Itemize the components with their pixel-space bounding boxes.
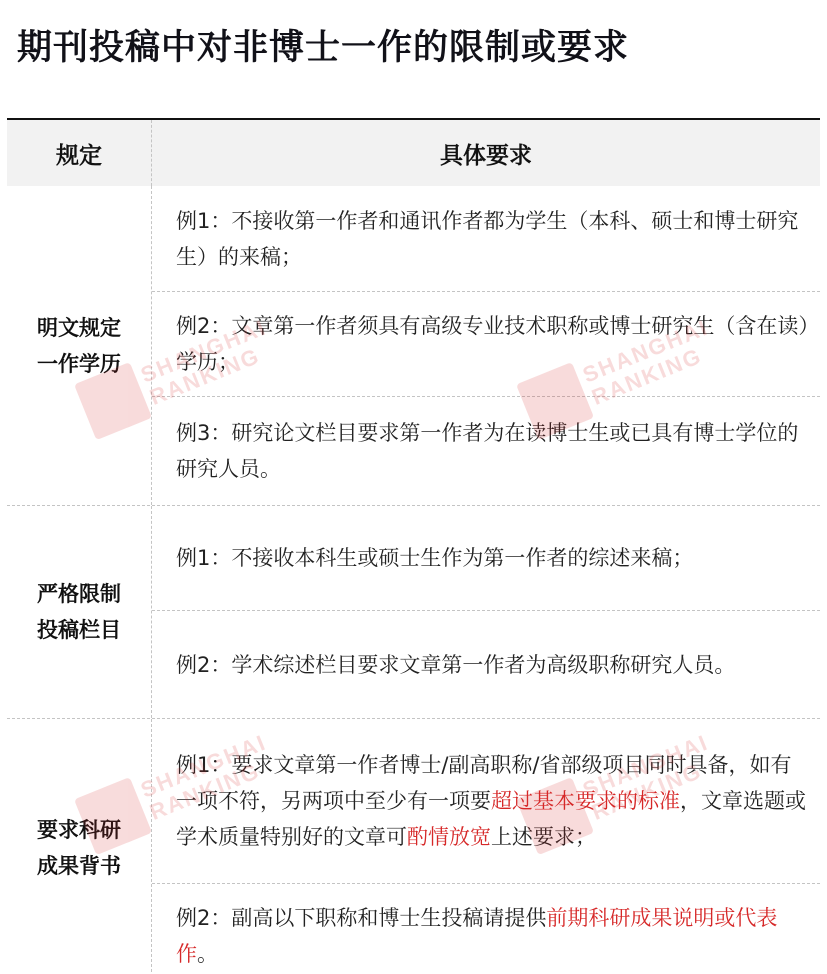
group-label: 严格限制投稿栏目 <box>7 506 152 718</box>
group-label: 明文规定一作学历 <box>7 186 152 505</box>
row-text: 例1：要求文章第一作者博士/副高职称/省部级项目同时具备，如有一项不符，另两项中… <box>176 747 812 855</box>
header-requirements: 具体要求 <box>152 120 820 186</box>
row-text: 例2：副高以下职称和博士生投稿请提供前期科研成果说明或代表作。 <box>176 900 812 972</box>
table-row: 例2：文章第一作者须具有高级专业技术职称或博士研究生（含在读）学历； <box>152 292 820 397</box>
label-line: 投稿栏目 <box>37 618 121 642</box>
highlight-text: 超过基本要求的标准 <box>491 789 680 813</box>
table-row: 例1：不接收第一作者和通讯作者都为学生（本科、硕士和博士研究生）的来稿； <box>152 186 820 292</box>
label-line: 明文规定 <box>37 316 121 340</box>
row-text: 例1：不接收第一作者和通讯作者都为学生（本科、硕士和博士研究生）的来稿； <box>176 203 812 275</box>
row-text: 例2：文章第一作者须具有高级专业技术职称或博士研究生（含在读）学历； <box>176 308 812 380</box>
table-row: 例1：要求文章第一作者博士/副高职称/省部级项目同时具备，如有一项不符，另两项中… <box>152 719 820 884</box>
group-items: 例1：不接收第一作者和通讯作者都为学生（本科、硕士和博士研究生）的来稿； 例2：… <box>152 186 820 505</box>
table-row: 例2：副高以下职称和博士生投稿请提供前期科研成果说明或代表作。 <box>152 884 820 974</box>
group-label: 要求科研成果背书 <box>7 719 152 974</box>
table-row: 例3：研究论文栏目要求第一作者为在读博士生或已具有博士学位的研究人员。 <box>152 397 820 505</box>
row-text: 例1：不接收本科生或硕士生作为第一作者的综述来稿； <box>176 540 693 576</box>
table-header: 规定 具体要求 <box>7 120 820 186</box>
table-group-research: 要求科研成果背书 例1：要求文章第一作者博士/副高职称/省部级项目同时具备，如有… <box>7 719 820 974</box>
text-segment: 例2：副高以下职称和博士生投稿请提供 <box>176 906 546 930</box>
label-line: 严格限制 <box>37 582 121 606</box>
text-segment: 上述要求； <box>491 825 596 849</box>
row-text: 例2：学术综述栏目要求文章第一作者为高级职称研究人员。 <box>176 647 735 683</box>
text-segment: 。 <box>197 942 218 966</box>
row-text: 例3：研究论文栏目要求第一作者为在读博士生或已具有博士学位的研究人员。 <box>176 415 812 487</box>
table-row: 例1：不接收本科生或硕士生作为第一作者的综述来稿； <box>152 506 820 611</box>
requirements-table: 规定 具体要求 明文规定一作学历 例1：不接收第一作者和通讯作者都为学生（本科、… <box>7 118 820 974</box>
page-title: 期刊投稿中对非博士一作的限制或要求 <box>17 22 629 74</box>
label-line: 成果背书 <box>37 854 121 878</box>
header-rule: 规定 <box>7 120 152 186</box>
table-group-columns: 严格限制投稿栏目 例1：不接收本科生或硕士生作为第一作者的综述来稿； 例2：学术… <box>7 506 820 719</box>
group-items: 例1：要求文章第一作者博士/副高职称/省部级项目同时具备，如有一项不符，另两项中… <box>152 719 820 974</box>
table-group-education: 明文规定一作学历 例1：不接收第一作者和通讯作者都为学生（本科、硕士和博士研究生… <box>7 186 820 506</box>
table-row: 例2：学术综述栏目要求文章第一作者为高级职称研究人员。 <box>152 611 820 718</box>
label-line: 一作学历 <box>37 352 121 376</box>
group-items: 例1：不接收本科生或硕士生作为第一作者的综述来稿； 例2：学术综述栏目要求文章第… <box>152 506 820 718</box>
highlight-text: 酌情放宽 <box>407 825 491 849</box>
label-line: 要求科研 <box>37 818 121 842</box>
